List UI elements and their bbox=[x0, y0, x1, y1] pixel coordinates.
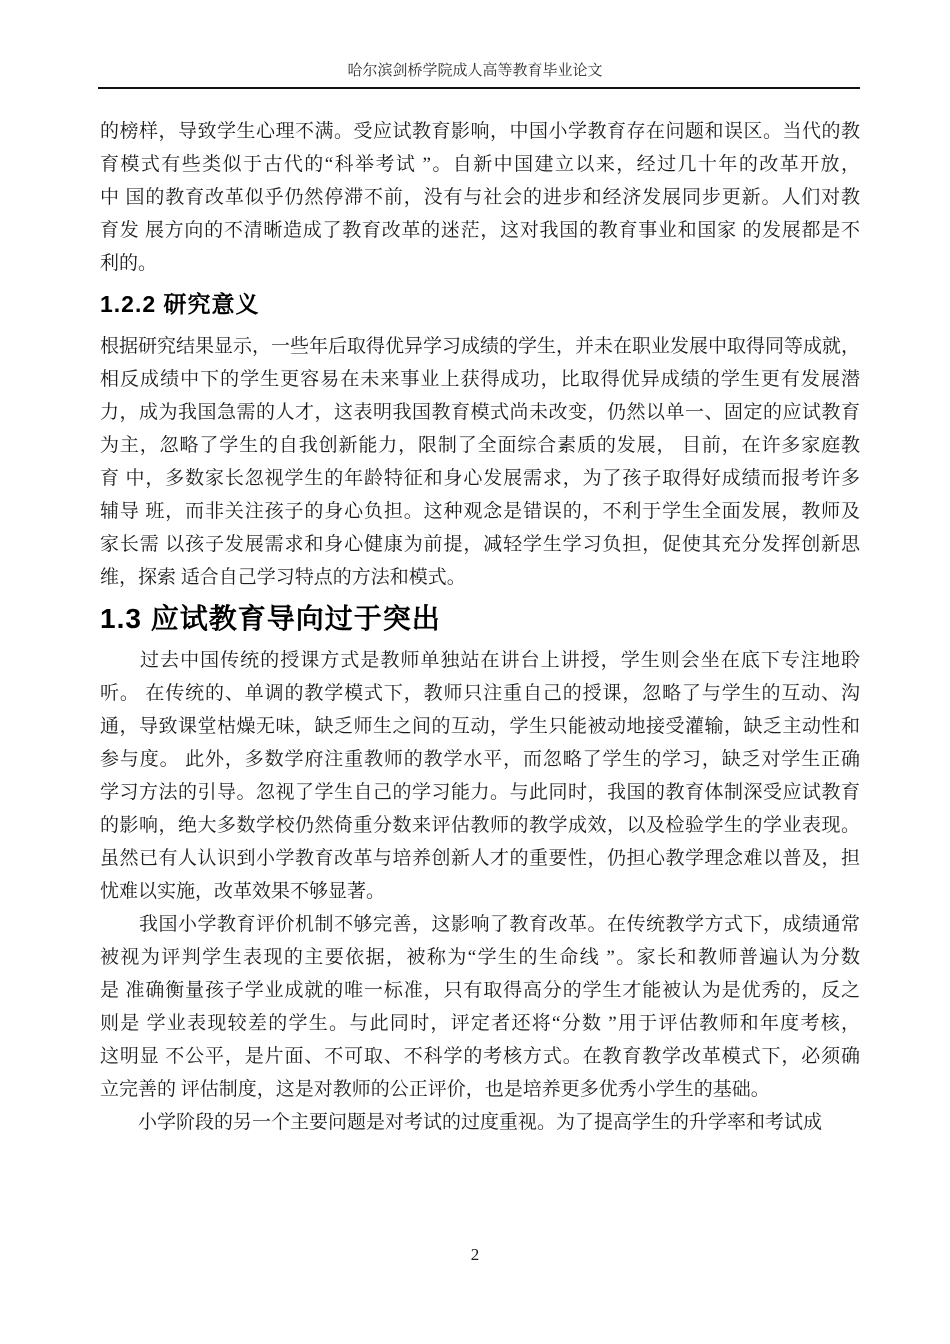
paragraph-line: 忧难以实施，改革效果不够显著。 bbox=[100, 875, 860, 908]
paragraph-line: 相反成绩中下的学生更容易在未来事业上获得成功，比取得优异成绩的学生更有发展潜 bbox=[100, 363, 860, 396]
paragraph: 我国小学教育评价机制不够完善，这影响了教育改革。在传统教学方式下，成绩通常被视为… bbox=[100, 908, 860, 1106]
document-page: 哈尔滨剑桥学院成人高等教育毕业论文 的榜样，导致学生心理不满。受应试教育影响，中… bbox=[0, 0, 950, 1344]
paragraph-line: 则是 学业表现较差的学生。与此同时，评定者还将“分数 ”用于评估教师和年度考核， bbox=[100, 1007, 860, 1040]
paragraph-line: 听。 在传统的、单调的教学模式下，教师只注重自己的授课，忽略了与学生的互动、沟 bbox=[100, 677, 860, 710]
paragraph-line: 根据研究结果显示，一些年后取得优异学习成绩的学生，并未在职业发展中取得同等成就， bbox=[100, 330, 860, 363]
paragraph-line: 维，探索 适合自己学习特点的方法和模式。 bbox=[100, 561, 860, 594]
paragraph-line: 过去中国传统的授课方式是教师单独站在讲台上讲授，学生则会坐在底下专注地聆 bbox=[100, 644, 860, 677]
paragraph-line: 通，导致课堂枯燥无味，缺乏师生之间的互动，学生只能被动地接受灌输，缺乏主动性和 bbox=[100, 710, 860, 743]
paragraph: 的榜样，导致学生心理不满。受应试教育影响，中国小学教育存在问题和误区。当代的教育… bbox=[100, 115, 860, 280]
paragraph-line: 是 准确衡量孩子学业成就的唯一标准，只有取得高分的学生才能被认为是优秀的，反之 bbox=[100, 974, 860, 1007]
paragraph-line: 立完善的 评估制度，这是对教师的公正评价，也是培养更多优秀小学生的基础。 bbox=[100, 1073, 860, 1106]
heading-1-3: 1.3 应试教育导向过于突出 bbox=[100, 599, 860, 639]
paragraph-line: 参与度。 此外，多数学府注重教师的教学水平，而忽略了学生的学习，缺乏对学生正确 bbox=[100, 743, 860, 776]
paragraph-line: 这明显 不公平，是片面、不可取、不科学的考核方式。在教育教学改革模式下，必须确 bbox=[100, 1040, 860, 1073]
paragraph-line: 为主，忽略了学生的自我创新能力，限制了全面综合素质的发展， 目前，在许多家庭教 bbox=[100, 429, 860, 462]
paragraph-line: 利的。 bbox=[100, 247, 860, 280]
paragraph-line: 家长需 以孩子发展需求和身心健康为前提，减轻学生学习负担，促使其充分发挥创新思 bbox=[100, 528, 860, 561]
paragraph-line: 我国小学教育评价机制不够完善，这影响了教育改革。在传统教学方式下，成绩通常 bbox=[100, 908, 860, 941]
paragraph-line: 育发 展方向的不清晰造成了教育改革的迷茫，这对我国的教育事业和国家 的发展都是不 bbox=[100, 214, 860, 247]
header-title: 哈尔滨剑桥学院成人高等教育毕业论文 bbox=[347, 63, 602, 79]
paragraph-line: 育 中，多数家长忽视学生的年龄特征和身心发展需求，为了孩子取得好成绩而报考许多 bbox=[100, 462, 860, 495]
paragraph-line: 被视为评判学生表现的主要依据，被称为“学生的生命线 ”。家长和教师普遍认为分数 bbox=[100, 941, 860, 974]
paragraph-line: 力，成为我国急需的人才，这表明我国教育模式尚未改变，仍然以单一、固定的应试教育 bbox=[100, 396, 860, 429]
page-footer: 2 bbox=[0, 1243, 950, 1267]
paragraph-line: 中 国的教育改革似乎仍然停滞不前，没有与社会的进步和经济发展同步更新。人们对教 bbox=[100, 181, 860, 214]
paragraph-line: 的影响，绝大多数学校仍然倚重分数来评估教师的教学成效，以及检验学生的学业表现。 bbox=[100, 809, 860, 842]
paragraph: 小学阶段的另一个主要问题是对考试的过度重视。为了提高学生的升学率和考试成 bbox=[100, 1106, 860, 1139]
heading-1-2-2: 1.2.2 研究意义 bbox=[100, 286, 860, 322]
paragraph-line: 育模式有些类似于古代的“科举考试 ”。自新中国建立以来，经过几十年的改革开放， bbox=[100, 148, 860, 181]
paragraph: 根据研究结果显示，一些年后取得优异学习成绩的学生，并未在职业发展中取得同等成就，… bbox=[100, 330, 860, 594]
header-rule bbox=[98, 87, 860, 89]
page-header: 哈尔滨剑桥学院成人高等教育毕业论文 bbox=[0, 60, 950, 82]
paragraph-line: 虽然已有人认识到小学教育改革与培养创新人才的重要性，仍担心教学理念难以普及，担 bbox=[100, 842, 860, 875]
paragraph-line: 学习方法的引导。忽视了学生自己的学习能力。与此同时，我国的教育体制深受应试教育 bbox=[100, 776, 860, 809]
paragraph-line: 小学阶段的另一个主要问题是对考试的过度重视。为了提高学生的升学率和考试成 bbox=[100, 1106, 860, 1139]
page-number: 2 bbox=[471, 1245, 480, 1264]
paragraph-line: 的榜样，导致学生心理不满。受应试教育影响，中国小学教育存在问题和误区。当代的教 bbox=[100, 115, 860, 148]
document-body: 的榜样，导致学生心理不满。受应试教育影响，中国小学教育存在问题和误区。当代的教育… bbox=[100, 115, 860, 1139]
paragraph: 过去中国传统的授课方式是教师单独站在讲台上讲授，学生则会坐在底下专注地聆听。 在… bbox=[100, 644, 860, 908]
paragraph-line: 辅导 班，而非关注孩子的身心负担。这种观念是错误的，不利于学生全面发展，教师及 bbox=[100, 495, 860, 528]
